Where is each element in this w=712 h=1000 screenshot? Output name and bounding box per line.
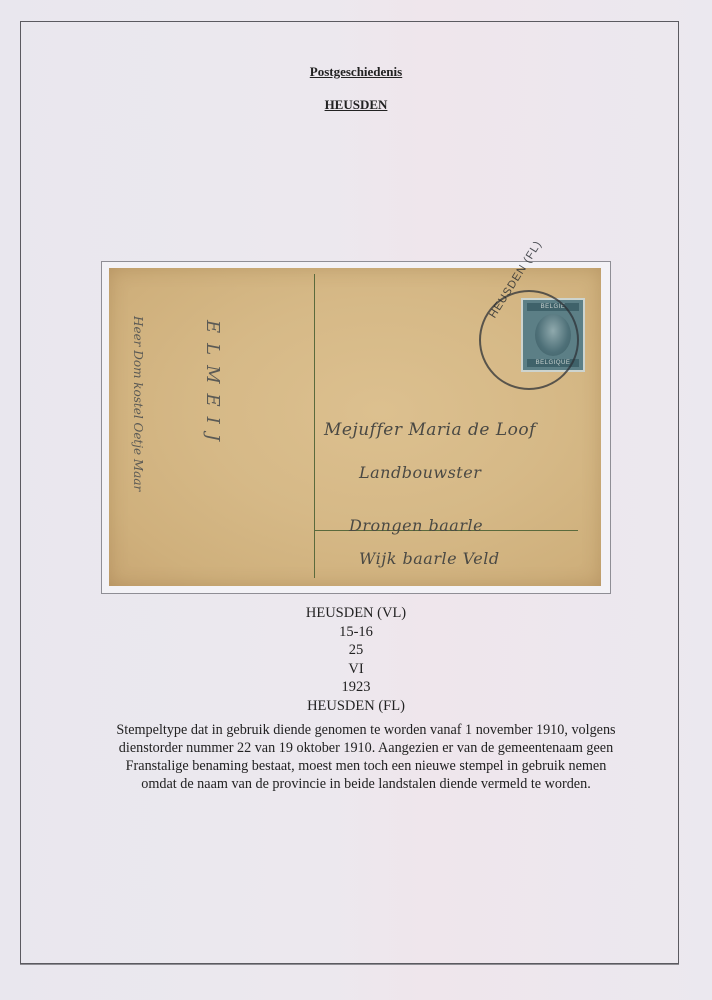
description-line: Franstalige benaming bestaat, moest men …: [96, 757, 636, 775]
caption-line: 1923: [0, 678, 712, 697]
caption-line: HEUSDEN (FL): [0, 697, 712, 716]
address-line: Wijk baarle Veld: [359, 549, 500, 568]
postmark-caption: HEUSDEN (VL) 15-16 25 VI 1923 HEUSDEN (F…: [0, 604, 712, 715]
caption-line: 25: [0, 641, 712, 660]
address-line: Mejuffer Maria de Loof: [324, 420, 536, 440]
page-heading: Postgeschiedenis: [0, 64, 712, 80]
description-line: omdat de naam van de provincie in beide …: [96, 775, 636, 793]
postcard: Heer Dom kostel Oetje Maar ELMEIJ BELGIE…: [109, 268, 601, 586]
caption-line: 15-16: [0, 623, 712, 642]
postcard-mount: Heer Dom kostel Oetje Maar ELMEIJ BELGIE…: [101, 261, 611, 594]
address-line: Landbouwster: [359, 463, 481, 482]
description-paragraph: Stempeltype dat in gebruik diende genome…: [96, 721, 636, 793]
caption-line: VI: [0, 660, 712, 679]
postcard-divider: [314, 274, 315, 578]
page-subheading: HEUSDEN: [0, 97, 712, 113]
address-line: Drongen baarle: [349, 516, 483, 535]
description-line: dienstorder nummer 22 van 19 oktober 191…: [96, 739, 636, 757]
caption-line: HEUSDEN (VL): [0, 604, 712, 623]
description-line: Stempeltype dat in gebruik diende genome…: [96, 721, 636, 739]
postcard-message: Heer Dom kostel Oetje Maar: [131, 316, 145, 491]
postcard-signature: ELMEIJ: [202, 320, 223, 451]
